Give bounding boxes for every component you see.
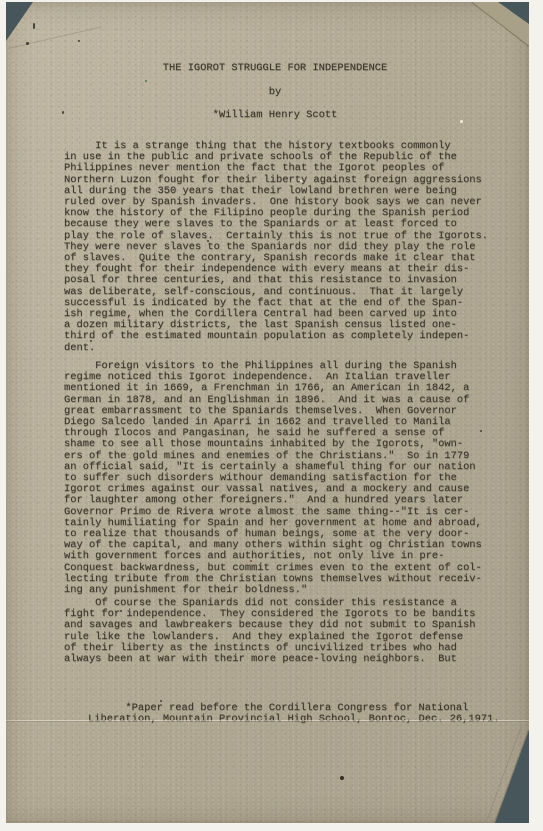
paper-sheet: THE IGOROT STRUGGLE FOR INDEPENDENCE by … [6,2,529,823]
paragraph-1: It is a strange thing that the history t… [64,141,488,354]
scanned-document-page: THE IGOROT STRUGGLE FOR INDEPENDENCE by … [0,0,543,831]
author-name: *William Henry Scott [64,110,486,121]
bottom-right-fold-crease-inner [487,726,522,819]
paragraph-3: Of course the Spaniards did not consider… [64,598,476,665]
paper-speck [78,40,80,42]
paper-speck [340,776,344,780]
footnote: *Paper read before the Cordillera Congre… [88,703,500,725]
document-title: THE IGOROT STRUGGLE FOR INDEPENDENCE [64,63,486,74]
paragraph-2: Foreign visitors to the Philippines all … [64,361,482,596]
scanner-background: THE IGOROT STRUGGLE FOR INDEPENDENCE by … [6,2,529,823]
bottom-right-fold-crease [494,730,529,823]
byline: by [64,87,486,98]
top-left-crease [8,26,102,49]
paper-speck [145,80,147,82]
paper-speck [33,23,35,29]
paper-speck [26,42,29,45]
